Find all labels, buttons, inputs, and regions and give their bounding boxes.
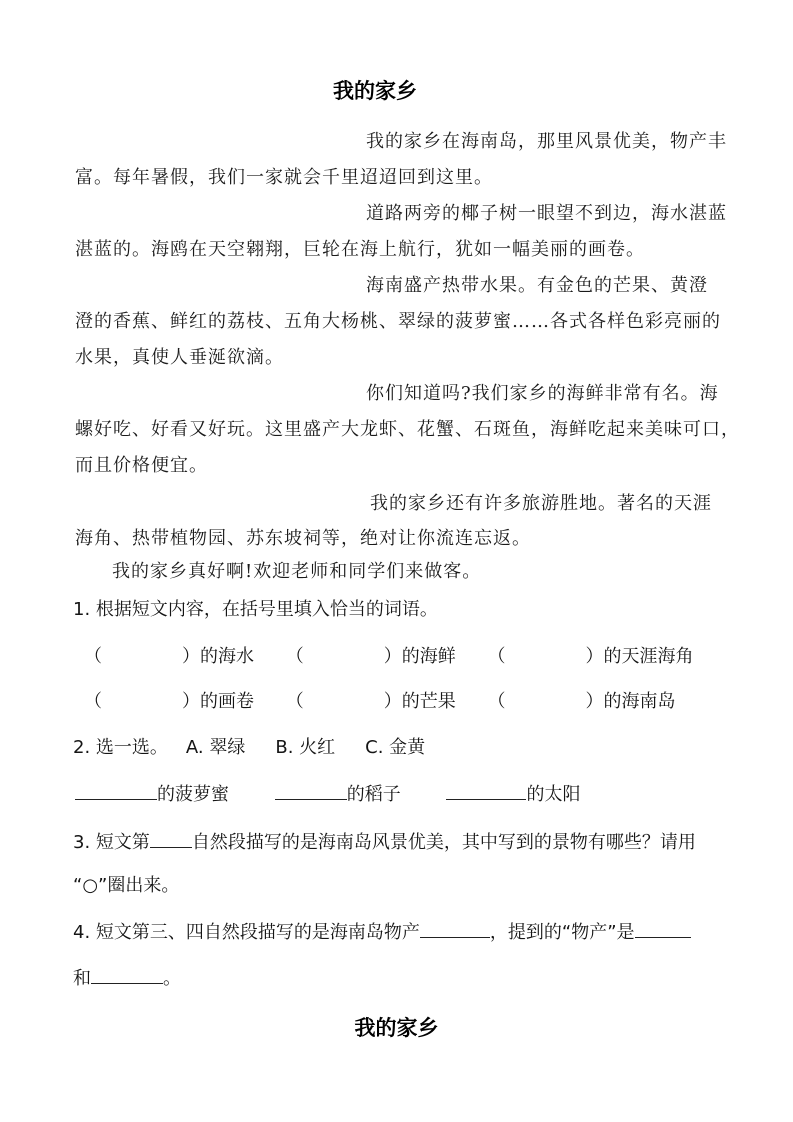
- passage-line: 道路两旁的椰子树一眼望不到边，海水湛蓝: [366, 203, 727, 224]
- question-2-line: 2. 选一选。A. 翠绿B. 火红C. 金黄: [73, 736, 425, 760]
- passage-line: 我的家乡真好啊!欢迎老师和同学们来做客。: [112, 561, 481, 582]
- open-paren: （: [286, 646, 304, 667]
- question-3-line-1: 3. 短文第自然段描写的是海南岛风景优美，其中写到的景物有哪些？请用: [73, 829, 696, 855]
- item-label: 的海鲜: [402, 646, 456, 667]
- answer-blank: [446, 781, 526, 800]
- item-label: 的海水: [200, 646, 254, 667]
- question-4-part-2: ，提到的“物产”是: [490, 922, 635, 943]
- passage-line: 我的家乡还有许多旅游胜地。著名的天涯: [370, 493, 712, 514]
- fill-group: 的太阳: [446, 781, 580, 807]
- open-paren: （: [84, 691, 102, 712]
- passage-line: 你们知道吗?我们家乡的海鲜非常有名。海: [366, 383, 719, 404]
- passage-line: 我的家乡在海南岛，那里风景优美，物产丰: [366, 131, 727, 152]
- answer-blank: [275, 781, 347, 800]
- answer-blank: [91, 965, 163, 984]
- item-label: 的稻子: [347, 784, 401, 805]
- question-2-label: 2. 选一选。: [73, 737, 168, 758]
- close-paren: ）: [585, 646, 603, 667]
- question-3-line-2: “○”圈出来。: [73, 874, 179, 898]
- item-label: 的芒果: [402, 691, 456, 712]
- footer-title: 我的家乡: [0, 1012, 793, 1042]
- answer-blank: [75, 781, 157, 800]
- open-paren: （: [286, 691, 304, 712]
- fill-group: （）的芒果: [286, 690, 456, 714]
- close-paren: ）: [384, 646, 402, 667]
- passage-line: 海南盛产热带水果。有金色的芒果、黄澄: [366, 275, 708, 296]
- passage-line: 而且价格便宜。: [75, 455, 208, 476]
- close-paren: ）: [585, 691, 603, 712]
- open-paren: （: [487, 646, 505, 667]
- answer-blank: [635, 919, 691, 938]
- fill-group: （）的海南岛: [487, 690, 675, 714]
- question-1-row-1: （）的海水 （）的海鲜 （）的天涯海角: [84, 645, 693, 669]
- question-3-part-1: 3. 短文第: [73, 832, 150, 853]
- passage-line: 海角、热带植物园、苏东坡祠等，绝对让你流连忘返。: [75, 528, 531, 549]
- fill-group: （）的海水: [84, 645, 254, 669]
- fill-group: 的稻子: [275, 781, 401, 807]
- question-1-label: 1. 根据短文内容，在括号里填入恰当的词语。: [73, 598, 438, 622]
- item-label: 的海南岛: [603, 691, 675, 712]
- fill-group: 的菠萝蜜: [75, 781, 229, 807]
- fill-group: （）的天涯海角: [487, 645, 693, 669]
- question-4-line-2: 和。: [73, 965, 181, 991]
- fill-group: （）的海鲜: [286, 645, 456, 669]
- question-4-line-2-pre: 和: [73, 968, 91, 989]
- open-paren: （: [84, 646, 102, 667]
- answer-blank: [150, 829, 192, 848]
- option-a: A. 翠绿: [186, 736, 245, 760]
- passage-line: 水果，真使人垂涎欲滴。: [75, 347, 284, 368]
- passage-line: 澄的香蕉、鲜红的荔枝、五角大杨桃、翠绿的菠萝蜜……各式各样色彩亮丽的: [75, 311, 721, 332]
- question-3-part-2: 自然段描写的是海南岛风景优美，其中写到的景物有哪些？请用: [192, 832, 696, 853]
- fill-group: （）的画卷: [84, 690, 254, 714]
- question-2-blanks-row: 的菠萝蜜 的稻子 的太阳: [75, 781, 580, 807]
- passage-line: 螺好吃、好看又好玩。这里盛产大龙虾、花蟹、石斑鱼，海鲜吃起来美味可口，: [75, 419, 740, 440]
- close-paren: ）: [384, 691, 402, 712]
- close-paren: ）: [182, 646, 200, 667]
- close-paren: ）: [182, 691, 200, 712]
- option-b: B. 火红: [275, 736, 335, 760]
- option-c: C. 金黄: [365, 736, 425, 760]
- passage-line: 湛蓝的。海鸥在天空翱翔，巨轮在海上航行，犹如一幅美丽的画卷。: [75, 239, 645, 260]
- question-4-line-1: 4. 短文第三、四自然段描写的是海南岛物产，提到的“物产”是: [73, 919, 691, 945]
- open-paren: （: [487, 691, 505, 712]
- page-title: 我的家乡: [0, 75, 750, 105]
- question-4-part-1: 4. 短文第三、四自然段描写的是海南岛物产: [73, 922, 420, 943]
- answer-blank: [420, 919, 490, 938]
- question-1-row-2: （）的画卷 （）的芒果 （）的海南岛: [84, 690, 675, 714]
- item-label: 的菠萝蜜: [157, 784, 229, 805]
- question-4-line-2-post: 。: [163, 968, 181, 989]
- item-label: 的天涯海角: [603, 646, 693, 667]
- item-label: 的画卷: [200, 691, 254, 712]
- item-label: 的太阳: [526, 784, 580, 805]
- passage-line: 富。每年暑假，我们一家就会千里迢迢回到这里。: [75, 167, 493, 188]
- worksheet-page: 我的家乡 我的家乡在海南岛，那里风景优美，物产丰 富。每年暑假，我们一家就会千里…: [0, 0, 793, 1122]
